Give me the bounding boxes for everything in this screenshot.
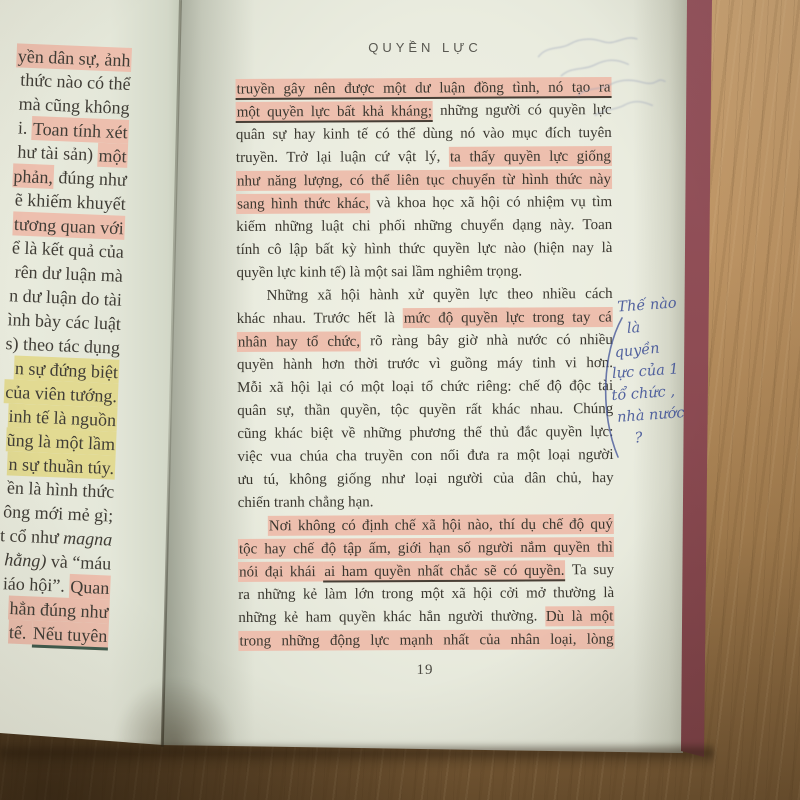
text-segment: i. bbox=[18, 117, 33, 138]
highlighted-text: Quan bbox=[69, 573, 111, 599]
highlighted-text: tế. bbox=[8, 619, 33, 644]
highlighted-text: một quyền lực bất khả kháng; bbox=[236, 100, 433, 123]
text-line: truyền. Trở lại luận cứ vật lý, ta thấy … bbox=[236, 145, 612, 170]
text-segment: những kẻ ham quyền khác hẳn người thường… bbox=[238, 608, 545, 626]
highlighted-text: Nếu tuyên bbox=[31, 620, 109, 651]
text-segment: cũng khác biệt về những phương thế thủ đ… bbox=[237, 424, 613, 442]
text-segment: thức nào có thể bbox=[20, 70, 131, 94]
text-segment: s) theo tác dụng bbox=[5, 333, 120, 358]
text-segment: kiếm những luật chi phối những chuyển dạ… bbox=[236, 217, 612, 235]
text-line: tộc hay chế độ tập ấm, giới hạn số người… bbox=[238, 536, 614, 561]
text-segment: quyền lực kinh tế) là một sai lầm nghiêm… bbox=[236, 263, 522, 280]
text-line: Nơi không có định chế xã hội nào, thí dụ… bbox=[238, 513, 614, 538]
text-segment: ẽ khiếm khuyết bbox=[14, 189, 126, 213]
highlighted-text: sang hình thức khác, bbox=[236, 193, 370, 214]
highlighted-text: Dù là một bbox=[545, 606, 615, 626]
text-segment: Mỗi xã hội lại có một loại tổ chức riêng… bbox=[237, 378, 613, 396]
highlighted-text: ta thấy quyền lực giống bbox=[449, 146, 612, 167]
ink-bleed-marks bbox=[528, 28, 678, 128]
text-line: ra những kẻ làm lớn trong một xã hội cởi… bbox=[238, 582, 614, 607]
highlighted-text: n sự đứng biệt bbox=[14, 355, 120, 383]
text-segment: mà cũng không bbox=[18, 94, 130, 118]
highlighted-text: như năng lượng, có thể liên tục chuyển t… bbox=[236, 169, 612, 191]
text-segment: ông mới mẻ gì; bbox=[3, 501, 114, 525]
highlighted-text: n sự thuần túy. bbox=[7, 451, 115, 479]
text-line: trong những động lực mạnh nhất của nhân … bbox=[238, 628, 614, 653]
text-line: quân sự, thần quyền, tộc quyền rất khác … bbox=[237, 398, 613, 423]
text-line: chiến tranh chẳng hạn. bbox=[238, 490, 614, 515]
text-segment: và khoa học xã hội có nhiệm vụ tìm bbox=[370, 194, 612, 211]
highlighted-text: phản, bbox=[12, 163, 54, 189]
text-segment: ể là kết quả của bbox=[12, 237, 125, 261]
text-line: quyền hành hơn thời trước vì guồng máy t… bbox=[237, 352, 613, 377]
text-line: quyền lực kinh tế) là một sai lầm nghiêm… bbox=[236, 260, 612, 285]
book-photo: yền dân sự, ảnhthức nào có thểmà cũng kh… bbox=[0, 0, 800, 800]
margin-note: Thế nàolàquyềnlực của 1tổ chức ,nhà nước… bbox=[607, 291, 706, 451]
text-line: như năng lượng, có thể liên tục chuyển t… bbox=[236, 168, 612, 193]
right-page-text: truyền gây nên được một dư luận đồng tìn… bbox=[235, 76, 614, 653]
text-segment: Ta suy bbox=[565, 562, 614, 578]
text-line: tính cô lập bất kỳ hình thức quyền lực n… bbox=[236, 237, 612, 262]
text-segment: rõ ràng bây giờ nhà nước có nhiều bbox=[361, 332, 613, 349]
text-segment: n dư luận do tài bbox=[9, 285, 122, 310]
text-segment: Những xã hội hành xử quyền lực theo nhiề… bbox=[267, 286, 613, 304]
highlighted-text: tộc hay chế độ tập ấm, giới hạn số người… bbox=[238, 537, 614, 559]
text-segment: đúng như bbox=[54, 167, 128, 190]
gutter-shadow bbox=[115, 678, 235, 750]
text-line: cũng khác biệt về những phương thế thủ đ… bbox=[237, 421, 613, 446]
text-segment: ền là hình thức bbox=[7, 477, 115, 501]
text-segment: quân sự, thần quyền, tộc quyền rất khác … bbox=[237, 401, 613, 419]
text-line: việc vua chúa cha truyền con nối đưa ra … bbox=[237, 444, 613, 469]
text-segment: magna bbox=[63, 528, 113, 550]
highlighted-text: Nơi không có định chế xã hội nào, thí dụ… bbox=[268, 514, 614, 536]
text-segment: tính cô lập bất kỳ hình thức quyền lực n… bbox=[236, 240, 612, 258]
highlighted-text: hẳn đúng như bbox=[8, 595, 110, 623]
text-line: kiếm những luật chi phối những chuyển dạ… bbox=[236, 214, 612, 239]
text-segment: iáo hội”. bbox=[3, 573, 70, 596]
text-segment: chiến tranh chẳng hạn. bbox=[238, 494, 374, 511]
text-line: Những xã hội hành xử quyền lực theo nhiề… bbox=[237, 283, 613, 308]
highlighted-text: ũng là một lầm bbox=[5, 427, 116, 455]
highlighted-text: mức độ quyền lực trong tay cá bbox=[403, 307, 613, 328]
text-line: ưu tú, không giống như loại người của dâ… bbox=[238, 467, 614, 492]
text-segment: quyền hành hơn thời trước vì guồng máy t… bbox=[237, 355, 613, 373]
text-segment: và “máu bbox=[46, 551, 112, 574]
page-number: 19 bbox=[237, 662, 613, 679]
text-segment: khác nhau. Trước hết là bbox=[237, 310, 403, 327]
text-segment: rên dư luận mà bbox=[14, 261, 123, 285]
text-line: nói đại khái ai ham quyền nhất chắc sẽ c… bbox=[238, 559, 614, 584]
text-segment: ra những kẻ làm lớn trong một xã hội cởi… bbox=[238, 585, 614, 603]
text-segment: việc vua chúa cha truyền con nối đưa ra … bbox=[237, 447, 613, 465]
text-line: nhân hay tổ chức, rõ ràng bây giờ nhà nư… bbox=[237, 329, 613, 354]
text-segment: hằng) bbox=[4, 549, 47, 571]
text-segment: ình bày các luật bbox=[7, 309, 121, 334]
highlighted-text: Toan tính xét bbox=[32, 116, 130, 144]
text-segment: ưu tú, không giống như loại người của dâ… bbox=[238, 470, 614, 488]
text-segment: t cổ như bbox=[0, 525, 64, 548]
text-line: khác nhau. Trước hết là mức độ quyền lực… bbox=[237, 306, 613, 331]
highlighted-text: nói đại khái bbox=[238, 561, 323, 581]
text-line: sang hình thức khác, và khoa học xã hội … bbox=[236, 191, 612, 216]
text-segment: truyền. Trở lại luận cứ vật lý, bbox=[236, 149, 449, 166]
highlighted-text: nhân hay tổ chức, bbox=[237, 331, 361, 352]
highlighted-text: ai ham quyền nhất chắc sẽ có quyền. bbox=[323, 560, 565, 583]
highlighted-text: trong những động lực mạnh nhất của nhân … bbox=[238, 629, 614, 651]
text-segment: hư tài sản) bbox=[17, 141, 98, 164]
text-line: Mỗi xã hội lại có một loại tổ chức riêng… bbox=[237, 375, 613, 400]
book-contact-shadow bbox=[0, 742, 714, 770]
text-line: những kẻ ham quyền khác hẳn người thường… bbox=[238, 605, 614, 630]
highlighted-text: inh tế là nguồn bbox=[7, 403, 117, 431]
highlighted-text: một bbox=[97, 142, 128, 167]
